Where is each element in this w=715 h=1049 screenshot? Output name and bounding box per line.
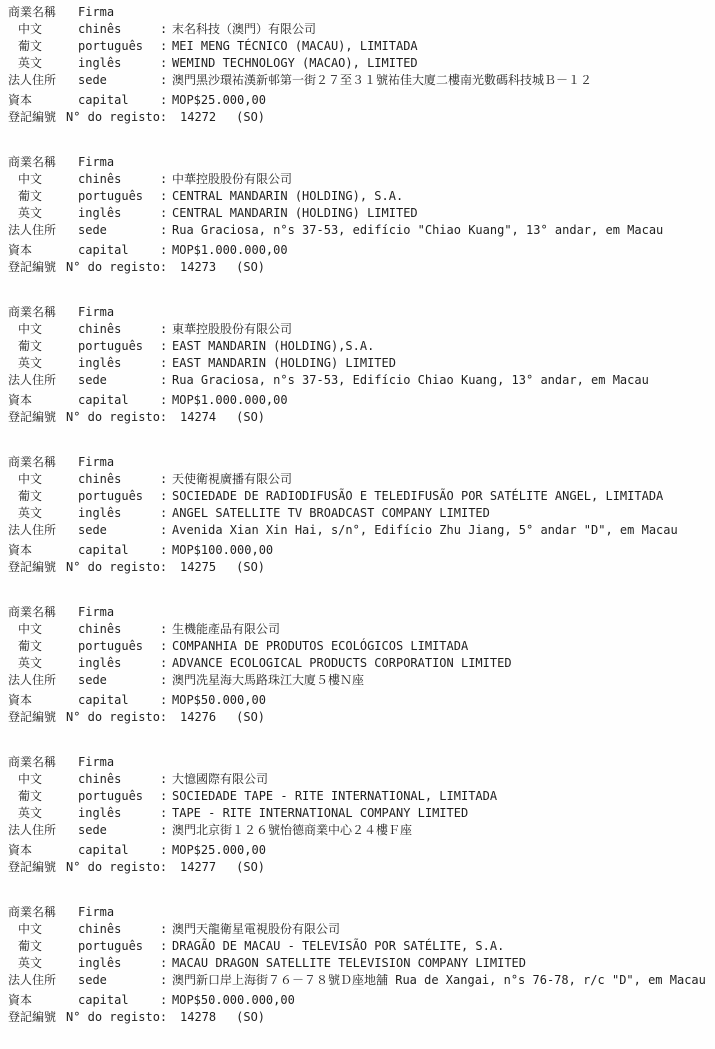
colon-separator: : bbox=[160, 242, 172, 259]
label-zh-chinese: 中文 bbox=[8, 471, 78, 488]
field-row-english-name: 英文 inglês :MACAU DRAGON SATELLITE TELEVI… bbox=[8, 955, 711, 972]
field-row-registration: 登記編號 N° do registo: 14276 (SO) bbox=[8, 709, 711, 726]
capital-value: MOP$1.000.000,00 bbox=[172, 242, 711, 259]
label-pt-portuguese: português bbox=[78, 188, 160, 205]
label-pt-registration: N° do registo: bbox=[66, 1009, 170, 1026]
registration-suffix: (SO) bbox=[236, 559, 265, 576]
colon-separator: : bbox=[160, 21, 172, 38]
company-name-zh: 天使衛視廣播有限公司 bbox=[172, 471, 711, 488]
registration-number: 14275 bbox=[180, 559, 216, 576]
label-pt-portuguese: português bbox=[78, 788, 160, 805]
colon-separator: : bbox=[160, 222, 172, 239]
field-row-sede: 法人住所 sede :Avenida Xian Xin Hai, s/n°, E… bbox=[8, 522, 711, 539]
field-row-capital: 資本 capital :MOP$25.000,00 bbox=[8, 842, 711, 859]
label-zh-portuguese: 葡文 bbox=[8, 338, 78, 355]
colon-separator: : bbox=[160, 505, 172, 522]
company-name-en: MACAU DRAGON SATELLITE TELEVISION COMPAN… bbox=[172, 955, 711, 972]
label-pt-sede: sede bbox=[78, 222, 160, 239]
company-name-zh: 東華控股股份有限公司 bbox=[172, 321, 711, 338]
field-row-capital: 資本 capital :MOP$1.000.000,00 bbox=[8, 392, 711, 409]
colon-separator: : bbox=[160, 92, 172, 109]
colon-separator: : bbox=[160, 355, 172, 372]
label-pt-chinese: chinês bbox=[78, 171, 160, 188]
label-pt-sede: sede bbox=[78, 522, 160, 539]
registered-office: Avenida Xian Xin Hai, s/n°, Edifício Zhu… bbox=[172, 522, 711, 539]
label-zh-portuguese: 葡文 bbox=[8, 188, 78, 205]
company-name-pt: EAST MANDARIN (HOLDING),S.A. bbox=[172, 338, 711, 355]
field-row-firma: 商業名稱 Firma bbox=[8, 304, 711, 321]
label-pt-english: inglês bbox=[78, 655, 160, 672]
label-pt-sede: sede bbox=[78, 972, 160, 989]
colon-separator: : bbox=[160, 38, 172, 55]
registered-office: Rua Graciosa, n°s 37-53, edifício "Chiao… bbox=[172, 222, 711, 239]
colon-separator: : bbox=[160, 205, 172, 222]
field-row-firma: 商業名稱 Firma bbox=[8, 154, 711, 171]
field-row-portuguese-name: 葡文 português :CENTRAL MANDARIN (HOLDING)… bbox=[8, 188, 711, 205]
label-pt-firma: Firma bbox=[78, 304, 160, 321]
field-row-registration: 登記編號 N° do registo: 14278 (SO) bbox=[8, 1009, 711, 1026]
registered-office: 澳門北京街１２６號怡德商業中心２４樓Ｆ座 bbox=[172, 822, 711, 839]
colon-separator: : bbox=[160, 542, 172, 559]
field-row-chinese-name: 中文 chinês :大憶國際有限公司 bbox=[8, 771, 711, 788]
label-zh-sede: 法人住所 bbox=[8, 672, 78, 689]
company-name-pt: SOCIEDADE TAPE - RITE INTERNATIONAL, LIM… bbox=[172, 788, 711, 805]
label-pt-capital: capital bbox=[78, 542, 160, 559]
company-name-en: EAST MANDARIN (HOLDING) LIMITED bbox=[172, 355, 711, 372]
colon-separator: : bbox=[160, 188, 172, 205]
registry-entry: 商業名稱 Firma 中文 chinês :澳門天龍衛星電視股份有限公司 葡文 … bbox=[8, 904, 711, 1026]
label-pt-english: inglês bbox=[78, 355, 160, 372]
label-zh-registration: 登記編號 bbox=[8, 859, 66, 876]
field-row-capital: 資本 capital :MOP$50.000,00 bbox=[8, 692, 711, 709]
company-name-zh: 中華控股股份有限公司 bbox=[172, 171, 711, 188]
field-row-portuguese-name: 葡文 português :SOCIEDADE TAPE - RITE INTE… bbox=[8, 788, 711, 805]
field-row-chinese-name: 中文 chinês :末名科技（澳門）有限公司 bbox=[8, 21, 711, 38]
label-zh-english: 英文 bbox=[8, 55, 78, 72]
label-pt-firma: Firma bbox=[78, 904, 160, 921]
label-pt-chinese: chinês bbox=[78, 321, 160, 338]
label-pt-registration: N° do registo: bbox=[66, 109, 170, 126]
colon-separator: : bbox=[160, 805, 172, 822]
company-name-zh: 生機能產品有限公司 bbox=[172, 621, 711, 638]
field-row-registration: 登記編號 N° do registo: 14275 (SO) bbox=[8, 559, 711, 576]
field-row-portuguese-name: 葡文 português :SOCIEDADE DE RADIODIFUSÃO … bbox=[8, 488, 711, 505]
capital-value: MOP$1.000.000,00 bbox=[172, 392, 711, 409]
label-pt-chinese: chinês bbox=[78, 921, 160, 938]
label-zh-sede: 法人住所 bbox=[8, 822, 78, 839]
registration-suffix: (SO) bbox=[236, 709, 265, 726]
field-row-capital: 資本 capital :MOP$100.000,00 bbox=[8, 542, 711, 559]
field-row-sede: 法人住所 sede :澳門新口岸上海街７６－７８號Ｄ座地舖 Rua de Xan… bbox=[8, 972, 711, 989]
label-pt-capital: capital bbox=[78, 242, 160, 259]
field-row-registration: 登記編號 N° do registo: 14273 (SO) bbox=[8, 259, 711, 276]
field-row-english-name: 英文 inglês :ANGEL SATELLITE TV BROADCAST … bbox=[8, 505, 711, 522]
label-zh-english: 英文 bbox=[8, 955, 78, 972]
company-name-zh: 末名科技（澳門）有限公司 bbox=[172, 21, 711, 38]
label-pt-chinese: chinês bbox=[78, 771, 160, 788]
company-name-pt: SOCIEDADE DE RADIODIFUSÃO E TELEDIFUSÃO … bbox=[172, 488, 711, 505]
colon-separator: : bbox=[160, 638, 172, 655]
registration-number: 14272 bbox=[180, 109, 216, 126]
registration-number: 14273 bbox=[180, 259, 216, 276]
field-row-firma: 商業名稱 Firma bbox=[8, 4, 711, 21]
field-row-firma: 商業名稱 Firma bbox=[8, 904, 711, 921]
field-row-chinese-name: 中文 chinês :東華控股股份有限公司 bbox=[8, 321, 711, 338]
label-zh-capital: 資本 bbox=[8, 242, 78, 259]
field-row-registration: 登記編號 N° do registo: 14277 (SO) bbox=[8, 859, 711, 876]
company-name-en: WEMIND TECHNOLOGY (MACAO), LIMITED bbox=[172, 55, 711, 72]
label-zh-portuguese: 葡文 bbox=[8, 938, 78, 955]
label-zh-sede: 法人住所 bbox=[8, 522, 78, 539]
colon-separator: : bbox=[160, 372, 172, 389]
registry-entry: 商業名稱 Firma 中文 chinês :中華控股股份有限公司 葡文 port… bbox=[8, 154, 711, 276]
company-name-en: CENTRAL MANDARIN (HOLDING) LIMITED bbox=[172, 205, 711, 222]
registry-entry: 商業名稱 Firma 中文 chinês :生機能產品有限公司 葡文 portu… bbox=[8, 604, 711, 726]
colon-separator: : bbox=[160, 955, 172, 972]
label-zh-chinese: 中文 bbox=[8, 21, 78, 38]
registered-office: 澳門新口岸上海街７６－７８號Ｄ座地舖 Rua de Xangai, n°s 76… bbox=[172, 972, 711, 989]
label-zh-firma: 商業名稱 bbox=[8, 604, 78, 621]
field-row-english-name: 英文 inglês :ADVANCE ECOLOGICAL PRODUCTS C… bbox=[8, 655, 711, 672]
label-zh-capital: 資本 bbox=[8, 392, 78, 409]
company-name-zh: 澳門天龍衛星電視股份有限公司 bbox=[172, 921, 711, 938]
field-row-english-name: 英文 inglês :WEMIND TECHNOLOGY (MACAO), LI… bbox=[8, 55, 711, 72]
label-zh-capital: 資本 bbox=[8, 542, 78, 559]
colon-separator: : bbox=[160, 55, 172, 72]
label-pt-sede: sede bbox=[78, 822, 160, 839]
field-row-sede: 法人住所 sede :澳門北京街１２６號怡德商業中心２４樓Ｆ座 bbox=[8, 822, 711, 839]
label-zh-sede: 法人住所 bbox=[8, 72, 78, 89]
label-pt-portuguese: português bbox=[78, 38, 160, 55]
label-pt-registration: N° do registo: bbox=[66, 859, 170, 876]
registry-entry: 商業名稱 Firma 中文 chinês :末名科技（澳門）有限公司 葡文 po… bbox=[8, 4, 711, 126]
colon-separator: : bbox=[160, 788, 172, 805]
colon-separator: : bbox=[160, 471, 172, 488]
label-zh-registration: 登記編號 bbox=[8, 409, 66, 426]
registry-entry: 商業名稱 Firma 中文 chinês :東華控股股份有限公司 葡文 port… bbox=[8, 304, 711, 426]
gazette-page: 商業名稱 Firma 中文 chinês :末名科技（澳門）有限公司 葡文 po… bbox=[8, 4, 711, 1026]
field-row-portuguese-name: 葡文 português :DRAGÃO DE MACAU - TELEVISÃ… bbox=[8, 938, 711, 955]
label-pt-registration: N° do registo: bbox=[66, 559, 170, 576]
field-row-portuguese-name: 葡文 português :COMPANHIA DE PRODUTOS ECOL… bbox=[8, 638, 711, 655]
registration-suffix: (SO) bbox=[236, 409, 265, 426]
label-zh-firma: 商業名稱 bbox=[8, 154, 78, 171]
field-row-capital: 資本 capital :MOP$50.000.000,00 bbox=[8, 992, 711, 1009]
label-zh-registration: 登記編號 bbox=[8, 559, 66, 576]
field-row-english-name: 英文 inglês :TAPE - RITE INTERNATIONAL COM… bbox=[8, 805, 711, 822]
label-zh-firma: 商業名稱 bbox=[8, 4, 78, 21]
label-zh-english: 英文 bbox=[8, 505, 78, 522]
label-zh-sede: 法人住所 bbox=[8, 222, 78, 239]
field-row-chinese-name: 中文 chinês :天使衛視廣播有限公司 bbox=[8, 471, 711, 488]
company-name-pt: COMPANHIA DE PRODUTOS ECOLÓGICOS LIMITAD… bbox=[172, 638, 711, 655]
label-zh-registration: 登記編號 bbox=[8, 1009, 66, 1026]
label-pt-firma: Firma bbox=[78, 4, 160, 21]
label-zh-firma: 商業名稱 bbox=[8, 904, 78, 921]
colon-separator: : bbox=[160, 655, 172, 672]
capital-value: MOP$50.000,00 bbox=[172, 692, 711, 709]
field-row-english-name: 英文 inglês :EAST MANDARIN (HOLDING) LIMIT… bbox=[8, 355, 711, 372]
field-row-firma: 商業名稱 Firma bbox=[8, 604, 711, 621]
colon-separator: : bbox=[160, 392, 172, 409]
label-pt-capital: capital bbox=[78, 692, 160, 709]
colon-separator: : bbox=[160, 338, 172, 355]
label-pt-registration: N° do registo: bbox=[66, 409, 170, 426]
label-pt-english: inglês bbox=[78, 205, 160, 222]
field-row-firma: 商業名稱 Firma bbox=[8, 754, 711, 771]
field-row-sede: 法人住所 sede :Rua Graciosa, n°s 37-53, Edif… bbox=[8, 372, 711, 389]
label-pt-chinese: chinês bbox=[78, 471, 160, 488]
registry-entry: 商業名稱 Firma 中文 chinês :大憶國際有限公司 葡文 portug… bbox=[8, 754, 711, 876]
label-pt-chinese: chinês bbox=[78, 621, 160, 638]
field-row-chinese-name: 中文 chinês :澳門天龍衛星電視股份有限公司 bbox=[8, 921, 711, 938]
field-row-capital: 資本 capital :MOP$25.000,00 bbox=[8, 92, 711, 109]
colon-separator: : bbox=[160, 692, 172, 709]
company-name-zh: 大憶國際有限公司 bbox=[172, 771, 711, 788]
colon-separator: : bbox=[160, 72, 172, 89]
colon-separator: : bbox=[160, 921, 172, 938]
colon-separator: : bbox=[160, 672, 172, 689]
label-pt-sede: sede bbox=[78, 372, 160, 389]
field-row-chinese-name: 中文 chinês :生機能產品有限公司 bbox=[8, 621, 711, 638]
label-zh-registration: 登記編號 bbox=[8, 109, 66, 126]
label-zh-capital: 資本 bbox=[8, 842, 78, 859]
registered-office: 澳門黑沙環祐漢新邨第一街２７至３１號祐佳大廈二樓南光數碼科技城Ｂ－１２ bbox=[172, 72, 711, 89]
label-pt-english: inglês bbox=[78, 55, 160, 72]
field-row-chinese-name: 中文 chinês :中華控股股份有限公司 bbox=[8, 171, 711, 188]
label-pt-portuguese: português bbox=[78, 638, 160, 655]
company-name-en: ADVANCE ECOLOGICAL PRODUCTS CORPORATION … bbox=[172, 655, 711, 672]
label-pt-sede: sede bbox=[78, 672, 160, 689]
label-pt-firma: Firma bbox=[78, 754, 160, 771]
colon-separator: : bbox=[160, 771, 172, 788]
registration-suffix: (SO) bbox=[236, 259, 265, 276]
registration-suffix: (SO) bbox=[236, 109, 265, 126]
label-zh-chinese: 中文 bbox=[8, 621, 78, 638]
colon-separator: : bbox=[160, 522, 172, 539]
label-zh-english: 英文 bbox=[8, 805, 78, 822]
label-zh-chinese: 中文 bbox=[8, 321, 78, 338]
label-pt-english: inglês bbox=[78, 505, 160, 522]
label-zh-firma: 商業名稱 bbox=[8, 454, 78, 471]
registered-office: Rua Graciosa, n°s 37-53, Edifício Chiao … bbox=[172, 372, 711, 389]
label-zh-chinese: 中文 bbox=[8, 171, 78, 188]
label-zh-registration: 登記編號 bbox=[8, 259, 66, 276]
field-row-portuguese-name: 葡文 português :EAST MANDARIN (HOLDING),S.… bbox=[8, 338, 711, 355]
label-zh-english: 英文 bbox=[8, 355, 78, 372]
label-pt-registration: N° do registo: bbox=[66, 259, 170, 276]
company-name-pt: DRAGÃO DE MACAU - TELEVISÃO POR SATÉLITE… bbox=[172, 938, 711, 955]
colon-separator: : bbox=[160, 822, 172, 839]
label-zh-capital: 資本 bbox=[8, 92, 78, 109]
label-pt-english: inglês bbox=[78, 805, 160, 822]
label-zh-english: 英文 bbox=[8, 655, 78, 672]
colon-separator: : bbox=[160, 621, 172, 638]
field-row-registration: 登記編號 N° do registo: 14274 (SO) bbox=[8, 409, 711, 426]
colon-separator: : bbox=[160, 321, 172, 338]
registry-entry: 商業名稱 Firma 中文 chinês :天使衛視廣播有限公司 葡文 port… bbox=[8, 454, 711, 576]
label-pt-chinese: chinês bbox=[78, 21, 160, 38]
label-zh-english: 英文 bbox=[8, 205, 78, 222]
colon-separator: : bbox=[160, 972, 172, 989]
label-pt-portuguese: português bbox=[78, 488, 160, 505]
capital-value: MOP$100.000,00 bbox=[172, 542, 711, 559]
field-row-capital: 資本 capital :MOP$1.000.000,00 bbox=[8, 242, 711, 259]
label-pt-firma: Firma bbox=[78, 604, 160, 621]
field-row-sede: 法人住所 sede :澳門冼星海大馬路珠江大廈５樓Ｎ座 bbox=[8, 672, 711, 689]
label-zh-sede: 法人住所 bbox=[8, 372, 78, 389]
company-name-pt: CENTRAL MANDARIN (HOLDING), S.A. bbox=[172, 188, 711, 205]
label-zh-chinese: 中文 bbox=[8, 771, 78, 788]
registration-number: 14276 bbox=[180, 709, 216, 726]
capital-value: MOP$50.000.000,00 bbox=[172, 992, 711, 1009]
field-row-sede: 法人住所 sede :澳門黑沙環祐漢新邨第一街２７至３１號祐佳大廈二樓南光數碼科… bbox=[8, 72, 711, 89]
colon-separator: : bbox=[160, 938, 172, 955]
registration-suffix: (SO) bbox=[236, 1009, 265, 1026]
registration-number: 14274 bbox=[180, 409, 216, 426]
label-zh-capital: 資本 bbox=[8, 992, 78, 1009]
label-zh-portuguese: 葡文 bbox=[8, 788, 78, 805]
label-zh-firma: 商業名稱 bbox=[8, 304, 78, 321]
company-name-en: TAPE - RITE INTERNATIONAL COMPANY LIMITE… bbox=[172, 805, 711, 822]
label-zh-registration: 登記編號 bbox=[8, 709, 66, 726]
field-row-portuguese-name: 葡文 português :MEI MENG TÉCNICO (MACAU), … bbox=[8, 38, 711, 55]
capital-value: MOP$25.000,00 bbox=[172, 842, 711, 859]
label-zh-portuguese: 葡文 bbox=[8, 38, 78, 55]
registration-suffix: (SO) bbox=[236, 859, 265, 876]
registration-number: 14278 bbox=[180, 1009, 216, 1026]
label-zh-portuguese: 葡文 bbox=[8, 638, 78, 655]
label-pt-firma: Firma bbox=[78, 454, 160, 471]
label-pt-sede: sede bbox=[78, 72, 160, 89]
field-row-firma: 商業名稱 Firma bbox=[8, 454, 711, 471]
field-row-registration: 登記編號 N° do registo: 14272 (SO) bbox=[8, 109, 711, 126]
label-zh-portuguese: 葡文 bbox=[8, 488, 78, 505]
label-pt-capital: capital bbox=[78, 392, 160, 409]
company-name-en: ANGEL SATELLITE TV BROADCAST COMPANY LIM… bbox=[172, 505, 711, 522]
colon-separator: : bbox=[160, 842, 172, 859]
label-pt-capital: capital bbox=[78, 842, 160, 859]
label-pt-capital: capital bbox=[78, 92, 160, 109]
colon-separator: : bbox=[160, 992, 172, 1009]
label-pt-english: inglês bbox=[78, 955, 160, 972]
label-zh-chinese: 中文 bbox=[8, 921, 78, 938]
label-pt-registration: N° do registo: bbox=[66, 709, 170, 726]
registration-number: 14277 bbox=[180, 859, 216, 876]
field-row-english-name: 英文 inglês :CENTRAL MANDARIN (HOLDING) LI… bbox=[8, 205, 711, 222]
label-pt-capital: capital bbox=[78, 992, 160, 1009]
label-pt-portuguese: português bbox=[78, 338, 160, 355]
label-pt-portuguese: português bbox=[78, 938, 160, 955]
registered-office: 澳門冼星海大馬路珠江大廈５樓Ｎ座 bbox=[172, 672, 711, 689]
label-zh-capital: 資本 bbox=[8, 692, 78, 709]
colon-separator: : bbox=[160, 171, 172, 188]
colon-separator: : bbox=[160, 488, 172, 505]
company-name-pt: MEI MENG TÉCNICO (MACAU), LIMITADA bbox=[172, 38, 711, 55]
field-row-sede: 法人住所 sede :Rua Graciosa, n°s 37-53, edif… bbox=[8, 222, 711, 239]
label-zh-firma: 商業名稱 bbox=[8, 754, 78, 771]
label-zh-sede: 法人住所 bbox=[8, 972, 78, 989]
capital-value: MOP$25.000,00 bbox=[172, 92, 711, 109]
label-pt-firma: Firma bbox=[78, 154, 160, 171]
